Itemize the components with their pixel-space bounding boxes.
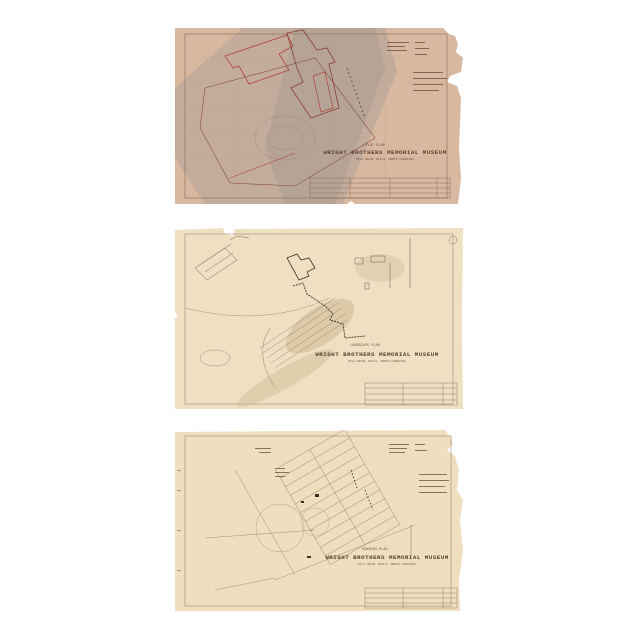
drawing-sheet-3: GRADING PLAN WRIGHT BROTHERS MEMORIAL MU… — [175, 430, 463, 611]
drawing-sheet-2: LANDSCAPE PLAN WRIGHT BROTHERS MEMORIAL … — [175, 228, 463, 409]
landscape-plan-drawing: LANDSCAPE PLAN WRIGHT BROTHERS MEMORIAL … — [175, 228, 463, 409]
svg-text:KILL DEVIL HILLS, NORTH CAROLI: KILL DEVIL HILLS, NORTH CAROLINA — [358, 563, 416, 566]
svg-text:KILL DEVIL HILLS, NORTH CAROLI: KILL DEVIL HILLS, NORTH CAROLINA — [348, 360, 406, 363]
svg-text:WRIGHT BROTHERS MEMORIAL MUSEU: WRIGHT BROTHERS MEMORIAL MUSEUM — [315, 351, 438, 358]
grading-plan-drawing: GRADING PLAN WRIGHT BROTHERS MEMORIAL MU… — [175, 430, 463, 611]
site-plan-drawing: PLOT PLAN WRIGHT BROTHERS MEMORIAL MUSEU… — [175, 28, 463, 204]
svg-text:PLOT PLAN: PLOT PLAN — [366, 144, 385, 148]
svg-text:GRADING PLAN: GRADING PLAN — [362, 548, 387, 552]
svg-text:WRIGHT BROTHERS MEMORIAL MUSEU: WRIGHT BROTHERS MEMORIAL MUSEUM — [323, 149, 446, 156]
svg-text:WRIGHT BROTHERS MEMORIAL MUSEU: WRIGHT BROTHERS MEMORIAL MUSEUM — [325, 554, 448, 561]
svg-text:KILL DEVIL HILLS, NORTH CAROLI: KILL DEVIL HILLS, NORTH CAROLINA — [356, 158, 414, 161]
drawing-sheet-1: PLOT PLAN WRIGHT BROTHERS MEMORIAL MUSEU… — [175, 28, 463, 204]
svg-text:LANDSCAPE PLAN: LANDSCAPE PLAN — [350, 344, 379, 348]
